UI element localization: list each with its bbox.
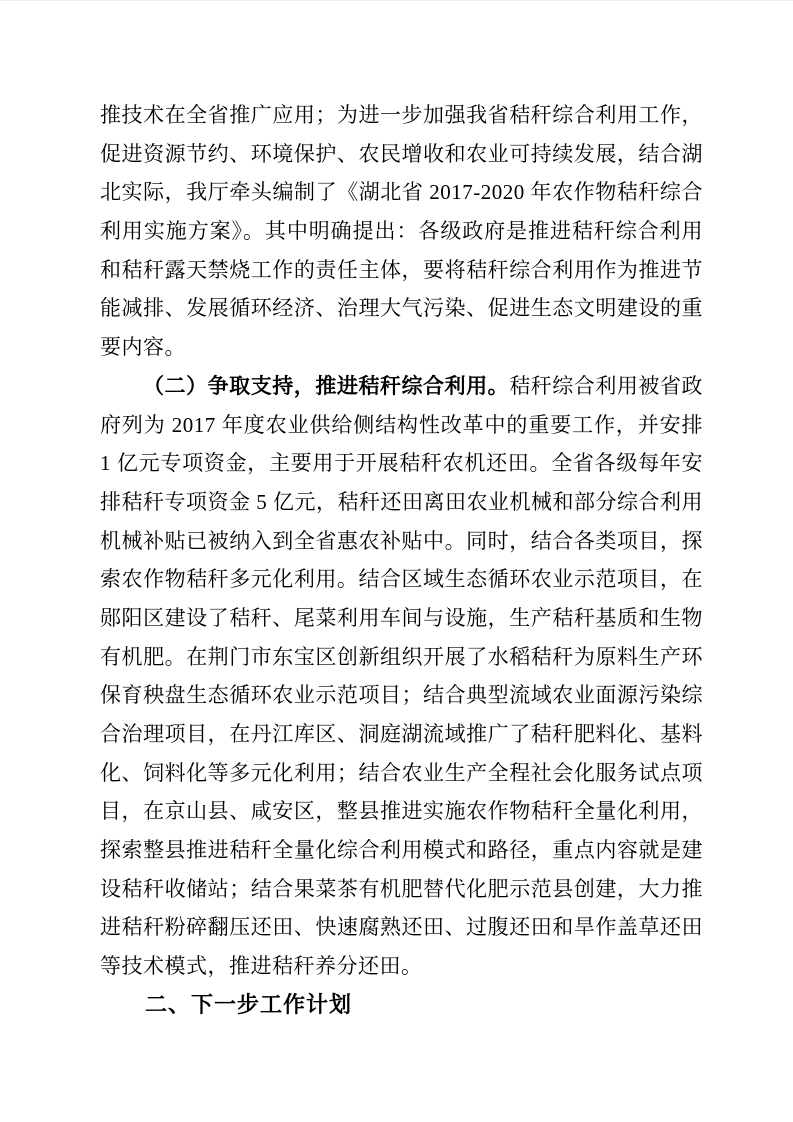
section-2-lead-heading: （二）争取支持，推进秸秆综合利用。 xyxy=(143,374,509,398)
paragraph-2-line: 探索整县推进秸秆全量化综合利用模式和路径，重点内容就是建 xyxy=(100,831,703,870)
paragraph-1-line: 能减排、发展循环经济、治理大气污染、促进生态文明建设的重 xyxy=(100,289,703,328)
paragraph-2-line: 有机肥。在荆门市东宝区创新组织开展了水稻秸秆为原料生产环 xyxy=(100,638,703,677)
paragraph-2-line: 府列为 2017 年度农业供给侧结构性改革中的重要工作，并安排 xyxy=(100,406,703,445)
paragraph-2-line: 机械补贴已被纳入到全省惠农补贴中。同时，结合各类项目，探 xyxy=(100,522,703,561)
paragraph-2-line: 化、饲料化等多元化利用；结合农业生产全程社会化服务试点项 xyxy=(100,754,703,793)
section-heading-next-steps: 二、下一步工作计划 xyxy=(100,986,703,1025)
document-body: 推技术在全省推广应用；为进一步加强我省秸秆综合利用工作， 促进资源节约、环境保护… xyxy=(100,96,703,1025)
paragraph-2-line: 目，在京山县、咸安区，整县推进实施农作物秸秆全量化利用， xyxy=(100,792,703,831)
paragraph-1-line: 和秸秆露天禁烧工作的责任主体，要将秸秆综合利用作为推进节 xyxy=(100,251,703,290)
paragraph-2-line: 进秸秆粉碎翻压还田、快速腐熟还田、过腹还田和旱作盖草还田 xyxy=(100,908,703,947)
paragraph-1-line: 利用实施方案》。其中明确提出：各级政府是推进秸秆综合利用 xyxy=(100,212,703,251)
paragraph-2-line: 索农作物秸秆多元化利用。结合区域生态循环农业示范项目，在 xyxy=(100,560,703,599)
paragraph-2-line: 保育秧盘生态循环农业示范项目；结合典型流域农业面源污染综 xyxy=(100,676,703,715)
paragraph-2-last-line: 等技术模式，推进秸秆养分还田。 xyxy=(100,947,703,986)
paragraph-1-line: 推技术在全省推广应用；为进一步加强我省秸秆综合利用工作， xyxy=(100,96,703,135)
paragraph-2-line: 排秸秆专项资金 5 亿元，秸秆还田离田农业机械和部分综合利用 xyxy=(100,483,703,522)
document-page: 推技术在全省推广应用；为进一步加强我省秸秆综合利用工作， 促进资源节约、环境保护… xyxy=(0,0,793,1122)
paragraph-2-line: 设秸秆收储站；结合果菜茶有机肥替代化肥示范县创建，大力推 xyxy=(100,870,703,909)
paragraph-1-line: 促进资源节约、环境保护、农民增收和农业可持续发展，结合湖 xyxy=(100,135,703,174)
paragraph-2-line: 合治理项目，在丹江库区、洞庭湖流域推广了秸秆肥料化、基料 xyxy=(100,715,703,754)
paragraph-2-line: 郧阳区建设了秸秆、尾菜利用车间与设施，生产秸秆基质和生物 xyxy=(100,599,703,638)
paragraph-2-lead-rest: 秸秆综合利用被省政 xyxy=(509,374,703,398)
paragraph-2-first-line: （二）争取支持，推进秸秆综合利用。秸秆综合利用被省政 xyxy=(100,367,703,406)
paragraph-2-line: 1 亿元专项资金，主要用于开展秸秆农机还田。全省各级每年安 xyxy=(100,444,703,483)
paragraph-1-line: 北实际，我厅牵头编制了《湖北省 2017-2020 年农作物秸秆综合 xyxy=(100,173,703,212)
paragraph-1-last-line: 要内容。 xyxy=(100,328,703,367)
